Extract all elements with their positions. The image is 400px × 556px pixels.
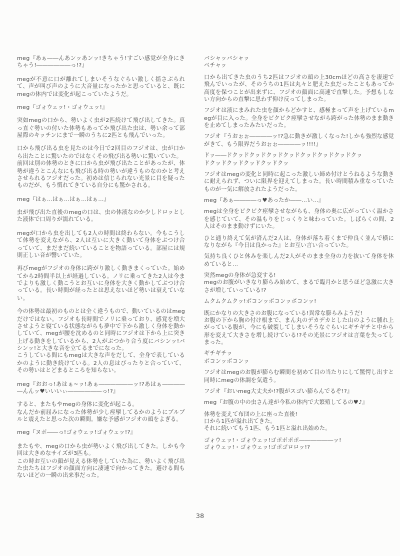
body-paragraph: 今の体勢は最初のものとは全く違うもので、動いているのはmegだけではない。フジオ… bbox=[17, 309, 185, 375]
body-paragraph: 口から出てきた虫のうち2匹はフジオの頭の上30cmほどの高さを凄速で飛んでいった… bbox=[204, 75, 394, 105]
sfx-line: ドッ――ドクッドクッドクッドクッドクッドクッドクッドクッ ドクッドクッドクッドク… bbox=[204, 153, 394, 168]
body-paragraph: 口から飛び出る虫を見たのは今日で2回目のフジオは、虫が口から出たことに驚いたので… bbox=[17, 146, 185, 190]
text-columns: meg『あぁ――んあンッあンッ!きちゃう!すごい感覚が全身にきちゃう!―――――… bbox=[17, 56, 394, 487]
dialogue-line: meg『お腹の中の虫さん達が今私の体内で大繁殖してるの♥♪』 bbox=[204, 400, 394, 407]
dialogue-line: meg『あぁ――んあンッあンッ!きちゃう!すごい感覚が全身にきちゃう!―――――… bbox=[17, 56, 185, 71]
document-page: meg『あぁ――んあンッあンッ!きちゃう!すごい感覚が全身にきちゃう!―――――… bbox=[0, 0, 400, 556]
dialogue-line: meg『はぁ…はぁ…はぁ…はぁ…』 bbox=[17, 197, 185, 204]
body-paragraph: megが口から虫を出しても2人の時間は終わらない。今もこうして体勢を変えながら、… bbox=[17, 231, 185, 261]
sfx-line: ギチギチッ ボコンッボコンッ bbox=[204, 351, 394, 366]
body-paragraph: 気持ち良くひと休みを楽しんだ2人がそのまま全身の力を抜いて身体を休めていると… bbox=[204, 254, 394, 269]
body-paragraph: 突如megの口から、勢いよく虫が2匹続けて飛び出してきた。真っ直ぐ勢いの付いた体… bbox=[17, 118, 185, 140]
body-paragraph: ひと通り終えて気が済んだ2人は、身体が落ち着くまで仲良く並んで横になりながら『今… bbox=[204, 236, 394, 251]
page-number: 38 bbox=[0, 512, 400, 520]
body-paragraph: すると、またもやmegの身体に変化が起こる。 なんだか前屈みになった体勢が少し痙… bbox=[17, 402, 185, 424]
sfx-line: バシャッバシャッ ベチャッ bbox=[204, 56, 394, 71]
sfx-line: ムクムクムクッ!ボコンッボコンッボコンッ! bbox=[204, 299, 394, 306]
body-paragraph: 再びmegがフジオの身体に跨がり激しく動きまくっていた。始めてから2時間半以上が… bbox=[17, 266, 185, 303]
body-paragraph: フジオはmegのお腹が膨らむ瞬間を初めて目の当たりにして驚愕し出すと同時にmeg… bbox=[204, 370, 394, 385]
body-paragraph: megは全身をビクビク痙攣させながらも、身体の奥に広がっていく温かさを感じていて… bbox=[204, 209, 394, 231]
body-paragraph: フジオはmegの変化と同時に起こった激しい締め付けとうねるような動きに耐えられず… bbox=[204, 172, 394, 194]
body-paragraph: 虫が飛び出た直後のmegの口は、虫の体液なのか少しドロッとした液体で口周りが濡れ… bbox=[17, 210, 185, 225]
body-paragraph: 突然megの身体が急変する! megのお腹がいきなり膨らみ始めて、まるで臨月かと… bbox=[204, 273, 394, 295]
body-paragraph: megが不意に口が離れてしまいそうなぐらい激しく揺さぶられて、声が叫び声のように… bbox=[17, 77, 185, 99]
dialogue-line: meg『あぁ――――っ♥あったか――…い…』 bbox=[204, 198, 394, 205]
dialogue-line: フジオ『うおぉぉ――――ッ!?急に動きが激しくなった!しかも強烈な感覚がきて、も… bbox=[204, 134, 394, 149]
body-paragraph: 体勢を変えて布団の上に座った直後! 口から1匹が溢れ出てきた。 それに続いてもう… bbox=[204, 412, 394, 434]
dialogue-line: meg『ヌポ――っ!ゴォウェッ!ゴォウェッ!?』 bbox=[17, 430, 185, 437]
body-paragraph: またもや、megの口から虫が勢いよく飛び出してきた。しかも今回は大きめなサイズが… bbox=[17, 444, 185, 481]
dialogue-line: meg『おおっ!あはぁ~ッ!あぁ――――――ッ!?あはぁ―――――んんッ♥いいい… bbox=[17, 382, 185, 397]
left-text-column: meg『あぁ――んあンッあンッ!きちゃう!すごい感覚が全身にきちゃう!―――――… bbox=[17, 56, 185, 487]
body-paragraph: フジオは液にまみれた虫を顔からどかすと、感極まって声を上げているmegが目に入っ… bbox=[204, 108, 394, 130]
body-paragraph: 既にかなりの大きさのお腹になっている!異常な膨らみようだ! お腹の下から胸の付け… bbox=[204, 311, 394, 348]
right-text-column: バシャッバシャッ ベチャッ口から出てきた虫のうち2匹はフジオの頭の上30cmほど… bbox=[204, 56, 394, 487]
sfx-line: ゴォウェッ!・ゴォウェッ!ゴポポポポ――――――ッ! ゴォウェッ!・ゴォウェッ!… bbox=[204, 438, 394, 453]
dialogue-line: meg『ゴォウェッ!・ゴォウェッ!』 bbox=[17, 105, 185, 112]
dialogue-line: フジオ『おいmeg大丈夫か!?腹がスゴい膨らんでるぞ!?』 bbox=[204, 389, 394, 396]
